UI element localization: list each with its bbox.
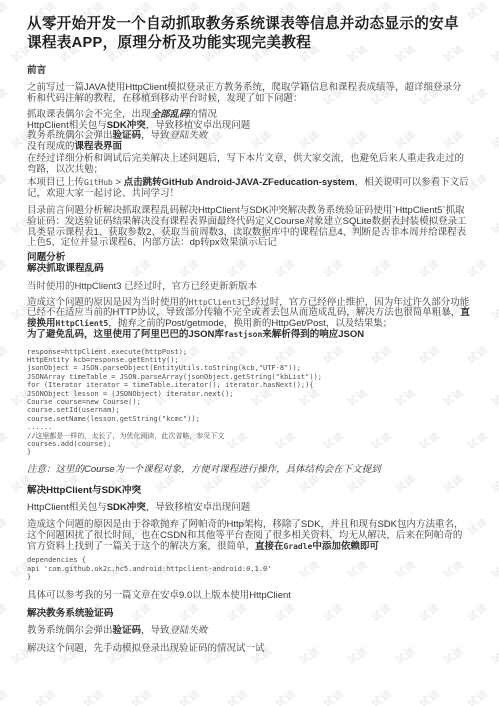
sdk-cause-paragraph: 造成这个问题的原因是由于谷歌抛弃了阿帕奇的Http架构，移除了SDK，并且和现有… <box>27 520 471 552</box>
problem-text: ，导致 <box>141 130 170 141</box>
reference-text: 具体可以参考我的另一篇文章 <box>27 590 151 601</box>
fastjson-inline-code: fastjson <box>224 330 262 339</box>
captcha-lead-text: 教务系统偶尔会弹出 <box>27 625 113 636</box>
sdk-cause-text: 造成这个问题的原因是由于谷歌抛弃了阿帕奇的Http架构，移除了SDK，并且和现有… <box>27 519 464 551</box>
quote-line: 当时使用的HttpClient3 已经过时，官方已经更新新版本 <box>27 282 471 293</box>
sdk-lead-text: HttpClient相关包与 <box>27 502 107 513</box>
sdk-lead-paragraph: HttpClient相关包与SDK冲突，导致移植安卓出现问题 <box>27 503 471 514</box>
section-heading-analysis: 问题分析 <box>27 252 471 263</box>
httpclient3-inline-code: HttpClient3 <box>189 298 242 307</box>
section-heading-preface: 前言 <box>27 65 471 76</box>
intro-paragraph: 之前写过一篇JAVA使用HttpClient模拟登录正方教务系统，爬取学籍信息和… <box>27 83 471 104</box>
intro-text: 之前写过一篇JAVA使用HttpClient模拟登录正方教务系统，爬取学籍信息和… <box>27 82 462 104</box>
watermark-text: 试读 <box>272 685 299 706</box>
captcha-lead-emphasis: 验证码 <box>113 625 142 636</box>
page-title: 从零开始开发一个自动抓取教务系统课表等信息并动态显示的安卓课程表APP，原理分析… <box>27 15 471 53</box>
fastjson-text: 为了避免乱码，这里使用了阿里巴巴的JSON库 <box>27 329 224 340</box>
section-heading-sdk-conflict: 解决HttpClient与SDK冲突 <box>27 485 471 496</box>
toc-text: 目录前言问题分析解决抓取课程乱码解决HttpClient与SDK冲突解决教务系统… <box>27 205 467 248</box>
course-note: 注意：这里的Course为一个课程对象，方便对课程进行操作，具体结构会在下文提到 <box>27 465 471 476</box>
watermark-text: 试读 <box>368 685 395 706</box>
gradle-inline-code: Gradle <box>284 542 313 551</box>
httpclient5-inline-code: HttpClient5 <box>56 319 109 328</box>
section-heading-garbled: 解决抓取课程乱码 <box>27 263 471 274</box>
gradle-code-block: dependencies { api 'com.github.ok2c.hc5.… <box>27 556 471 581</box>
sdk-lead-text: ，导致移植安卓出现问题 <box>146 502 251 513</box>
problem-emphasis: 验证码 <box>113 130 142 141</box>
sdk-cause-emphasis: 中添加依赖即可 <box>312 541 379 552</box>
watermark-text: 试读 <box>224 685 251 706</box>
summary-text: 在经过详细分析和调试后完美解决上述问题后，写下本片文章，供大家交流，也避免后来人… <box>27 153 464 175</box>
watermark-text: 试读 <box>176 685 203 706</box>
watermark-text: 试读 <box>128 685 155 706</box>
section-heading-captcha: 解决教务系统验证码 <box>27 608 471 619</box>
sdk-cause-emphasis: 直接在 <box>255 541 284 552</box>
problem-emphasis: 全部乱码 <box>151 109 189 120</box>
article-page: 试读试读试读试读试读试读试读试读试读试读试读试读试读试读试读试读试读试读试读试读… <box>0 0 499 706</box>
captcha-lead-text: ，导致 <box>141 625 170 636</box>
github-inline-code: GitHub <box>84 178 113 187</box>
problem-list: 抓取课表偶尔会不完全，出现全部乱码的情况 HttpClient相关包与SDK冲突… <box>27 110 471 152</box>
fastjson-paragraph: 为了避免乱码，这里使用了阿里巴巴的JSON库fastjson来解析得到的响应JS… <box>27 330 471 341</box>
watermark-text: 试读 <box>416 685 443 706</box>
watermark-text: 试读 <box>320 685 347 706</box>
quote-text: 当时使用的HttpClient3 已经过时，官方已经更新新版本 <box>27 281 257 292</box>
github-text: > <box>113 177 124 188</box>
watermark-text: 试读 <box>464 685 491 706</box>
watermark-text: 试读 <box>80 685 107 706</box>
summary-paragraph: 在经过详细分析和调试后完美解决上述问题后，写下本片文章，供大家交流，也避免后来人… <box>27 154 471 175</box>
problem-emphasis: 课程表界面 <box>75 141 123 152</box>
github-repo-link[interactable]: 点击跳转GitHub Android-JAVA-ZFeducation-syst… <box>124 177 355 188</box>
reference-paragraph: 具体可以参考我的另一篇文章在安卓9.0以上版本使用HttpClient <box>27 591 471 602</box>
fastjson-text: 来解析得到的响应JSON <box>262 329 364 340</box>
article-content: 从零开始开发一个自动抓取教务系统课表等信息并动态显示的安卓课程表APP，原理分析… <box>0 0 499 655</box>
captcha-lead-paragraph: 教务系统偶尔会弹出验证码，导致登陆失败 <box>27 626 471 637</box>
problem-text: 的情况 <box>189 109 218 120</box>
garbled-cause-paragraph: 造成这个问题的原因是因为当时使用的HttpClient3已经过时，官方已经停止维… <box>27 298 471 330</box>
problem-emphasis: 登陆失败 <box>170 130 208 141</box>
problem-text: 没有现成的 <box>27 141 75 152</box>
sdk-lead-emphasis: SDK冲突 <box>107 502 146 513</box>
github-text: 本项目已上传 <box>27 177 84 188</box>
watermark-text: 试读 <box>0 685 10 706</box>
github-paragraph: 本项目已上传GitHub > 点击跳转GitHub Android-JAVA-Z… <box>27 178 471 199</box>
problem-text: 抓取课表偶尔会不完全，出现 <box>27 109 151 120</box>
article-reference-link[interactable]: 在安卓9.0以上版本使用HttpClient <box>151 590 291 601</box>
captcha-tail-paragraph: 解决这个问题，先手动模拟登录出现验证码的情况试一试 <box>27 644 471 655</box>
problem-line: 没有现成的课程表界面 <box>27 142 471 153</box>
watermark-text: 试读 <box>32 685 59 706</box>
java-code-block: response=httpClient.execute(httpPost); H… <box>27 348 471 457</box>
captcha-tail-text: 解决这个问题，先手动模拟登录出现验证码的情况试一试 <box>27 643 265 654</box>
toc-paragraph: 目录前言问题分析解决抓取课程乱码解决HttpClient与SDK冲突解决教务系统… <box>27 206 471 249</box>
captcha-lead-emphasis: 登陆失败 <box>170 625 208 636</box>
problem-text: 教务系统偶尔会弹出 <box>27 130 113 141</box>
cause-text: ，抛弃之前的Post/getmode，换用新的HttpGet/Post，以及结果… <box>108 318 392 329</box>
